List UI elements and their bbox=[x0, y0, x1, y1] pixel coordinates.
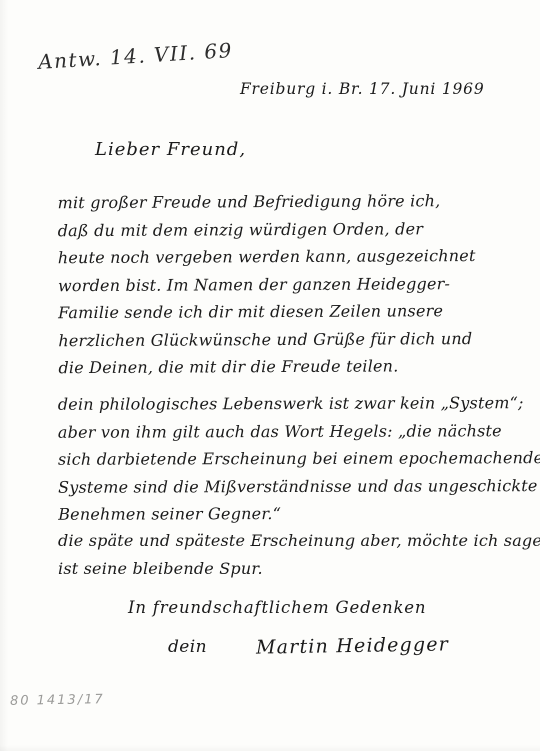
body-line: ist seine bleibende Spur. bbox=[58, 555, 518, 583]
body-line: Systeme sind die Mißverständnisse und da… bbox=[58, 472, 518, 501]
signature-prefix: dein bbox=[168, 637, 207, 657]
body-line: die späte und späteste Erscheinung aber,… bbox=[58, 527, 518, 555]
body-line: heute noch vergeben werden kann, ausgeze… bbox=[58, 242, 518, 272]
body-line: dein philologisches Lebenswerk ist zwar … bbox=[58, 389, 518, 418]
body-line: aber von ihm gilt auch das Wort Hegels: … bbox=[58, 417, 518, 446]
body-line: herzlichen Glückwünsche und Grüße für di… bbox=[58, 324, 518, 354]
signature-row: dein Martin Heidegger bbox=[0, 637, 540, 671]
archive-catalog-number: 80 1413/17 bbox=[10, 692, 105, 709]
body-line: sich darbietende Erscheinung bei einem e… bbox=[58, 444, 518, 473]
letter-scan: Antw. 14. VII. 69 Freiburg i. Br. 17. Ju… bbox=[0, 0, 540, 751]
answered-annotation: Antw. 14. VII. 69 bbox=[37, 38, 233, 74]
salutation: Lieber Freund, bbox=[95, 139, 246, 160]
paragraph-lasting-trace: die späte und späteste Erscheinung aber,… bbox=[58, 527, 518, 582]
paragraph-congratulations: mit großer Freude und Befriedigung höre … bbox=[57, 187, 518, 382]
paragraph-hegel-quote: dein philologisches Lebenswerk ist zwar … bbox=[58, 389, 518, 528]
closing-formula: In freundschaftlichem Gedenken bbox=[128, 598, 426, 617]
body-line: daß du mit dem einzig würdigen Orden, de… bbox=[58, 214, 518, 244]
body-line: Benehmen seiner Gegner.“ bbox=[58, 499, 518, 528]
body-line: Familie sende ich dir mit diesen Zeilen … bbox=[58, 297, 518, 327]
signature: Martin Heidegger bbox=[256, 633, 449, 658]
place-date-line: Freiburg i. Br. 17. Juni 1969 bbox=[240, 80, 485, 98]
body-line: die Deinen, die mit dir die Freude teile… bbox=[58, 352, 518, 382]
body-line: worden bist. Im Namen der ganzen Heidegg… bbox=[58, 269, 518, 299]
body-line: mit großer Freude und Befriedigung höre … bbox=[57, 187, 517, 217]
